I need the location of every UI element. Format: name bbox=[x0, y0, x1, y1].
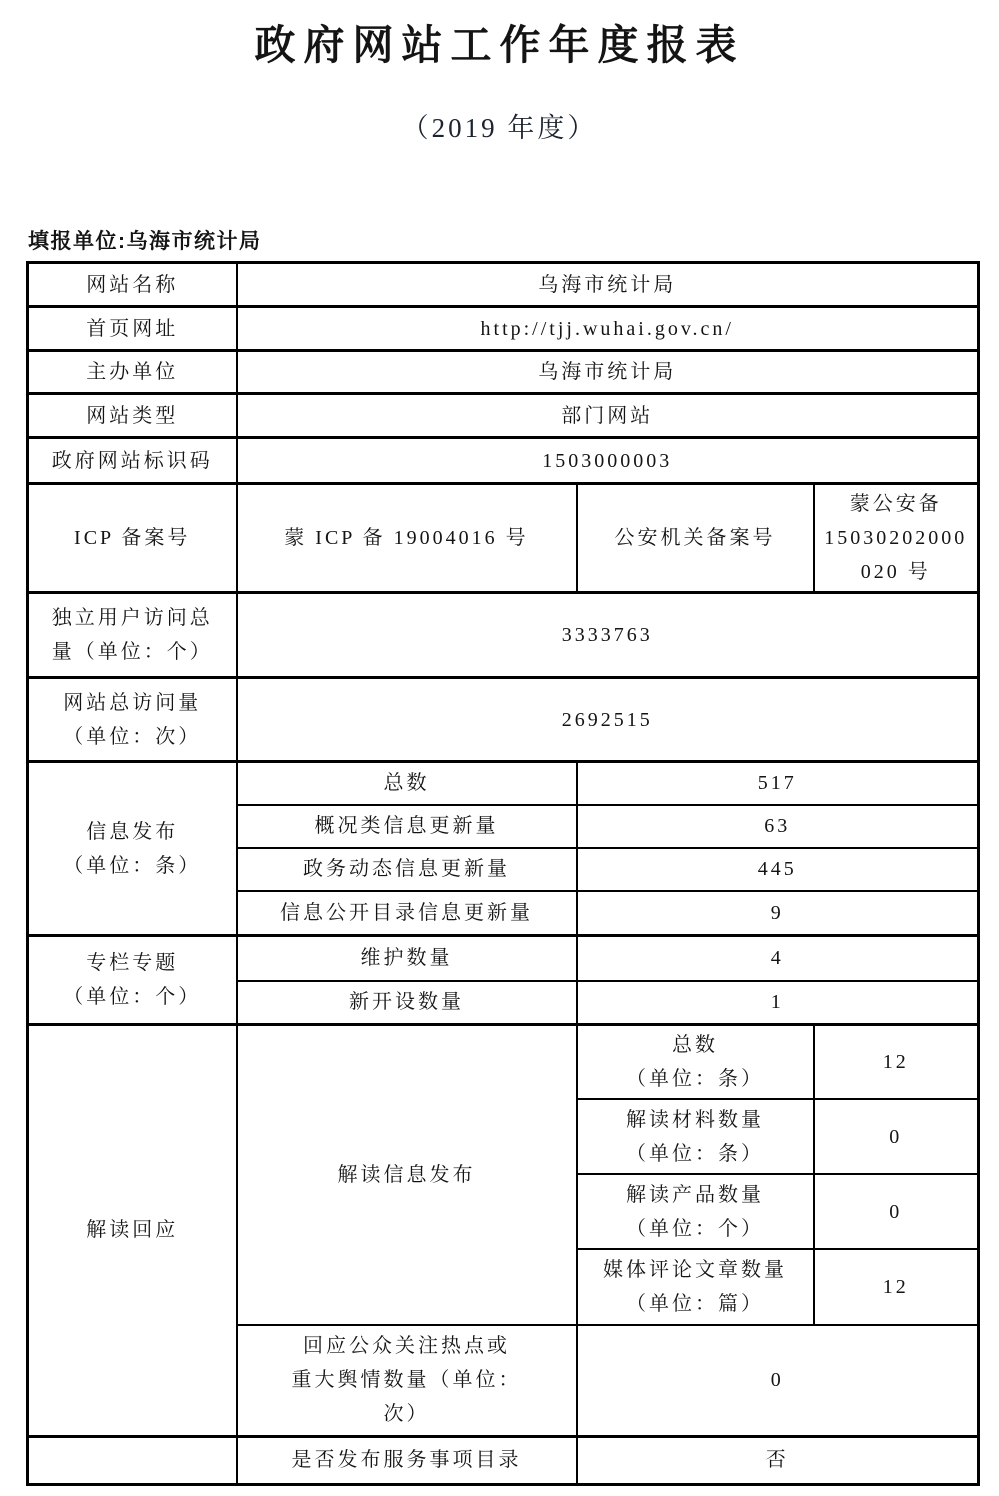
interpretation-materials-label: 解读材料数量 （单位：条） bbox=[577, 1099, 814, 1174]
interpretation-media-label: 媒体评论文章数量 （单位：篇） bbox=[577, 1249, 814, 1325]
document-year-subtitle: （2019 年度） bbox=[0, 106, 999, 145]
website-name-label: 网站名称 bbox=[28, 263, 237, 307]
columns-maintained-label: 维护数量 bbox=[237, 936, 577, 981]
special-columns-section-label: 专栏专题 （单位：个） bbox=[28, 936, 237, 1025]
info-publish-dynamic-label: 政务动态信息更新量 bbox=[237, 848, 577, 891]
total-visits-label: 网站总访问量 （单位：次） bbox=[28, 678, 237, 762]
columns-maintained-value: 4 bbox=[577, 936, 979, 981]
interpretation-products-value: 0 bbox=[814, 1174, 979, 1249]
row-website-type: 网站类型 部门网站 bbox=[28, 394, 979, 438]
row-homepage-url: 首页网址 http://tjj.wuhai.gov.cn/ bbox=[28, 307, 979, 351]
info-publish-overview-label: 概况类信息更新量 bbox=[237, 805, 577, 848]
info-publish-total-value: 517 bbox=[577, 762, 979, 805]
website-type-label: 网站类型 bbox=[28, 394, 237, 438]
info-publish-total-label: 总数 bbox=[237, 762, 577, 805]
row-columns-maintained: 专栏专题 （单位：个） 维护数量 4 bbox=[28, 936, 979, 981]
info-publish-catalog-label: 信息公开目录信息更新量 bbox=[237, 891, 577, 936]
service-catalog-value: 否 bbox=[577, 1436, 979, 1484]
row-host-unit: 主办单位 乌海市统计局 bbox=[28, 351, 979, 394]
interpretation-media-value: 12 bbox=[814, 1249, 979, 1325]
info-publish-overview-value: 63 bbox=[577, 805, 979, 848]
row-interpretation-total: 解读回应 解读信息发布 总数 （单位：条） 12 bbox=[28, 1025, 979, 1100]
website-type-value: 部门网站 bbox=[237, 394, 979, 438]
host-unit-label: 主办单位 bbox=[28, 351, 237, 394]
info-publish-section-label: 信息发布 （单位：条） bbox=[28, 762, 237, 936]
interpretation-total-label: 总数 （单位：条） bbox=[577, 1025, 814, 1100]
interpretation-section-label: 解读回应 bbox=[28, 1025, 237, 1437]
icp-filing-label: ICP 备案号 bbox=[28, 484, 237, 593]
info-publish-catalog-value: 9 bbox=[577, 891, 979, 936]
unique-visitors-label: 独立用户访问总 量（单位：个） bbox=[28, 593, 237, 678]
annual-report-table: 网站名称 乌海市统计局 首页网址 http://tjj.wuhai.gov.cn… bbox=[26, 261, 980, 1486]
interpretation-products-label: 解读产品数量 （单位：个） bbox=[577, 1174, 814, 1249]
info-publish-dynamic-value: 445 bbox=[577, 848, 979, 891]
hotspot-response-value: 0 bbox=[577, 1325, 979, 1436]
next-section-empty-cell bbox=[28, 1436, 237, 1484]
row-service-catalog: 是否发布服务事项目录 否 bbox=[28, 1436, 979, 1484]
interpretation-materials-value: 0 bbox=[814, 1099, 979, 1174]
columns-new-label: 新开设数量 bbox=[237, 981, 577, 1025]
security-filing-value: 蒙公安备 15030202000 020 号 bbox=[814, 484, 979, 593]
row-total-visits: 网站总访问量 （单位：次） 2692515 bbox=[28, 678, 979, 762]
unique-visitors-value: 3333763 bbox=[237, 593, 979, 678]
row-website-name: 网站名称 乌海市统计局 bbox=[28, 263, 979, 307]
total-visits-value: 2692515 bbox=[237, 678, 979, 762]
homepage-url-label: 首页网址 bbox=[28, 307, 237, 351]
icp-filing-value: 蒙 ICP 备 19004016 号 bbox=[237, 484, 577, 593]
interpretation-publish-label: 解读信息发布 bbox=[237, 1025, 577, 1326]
service-catalog-label: 是否发布服务事项目录 bbox=[237, 1436, 577, 1484]
row-icp-filing: ICP 备案号 蒙 ICP 备 19004016 号 公安机关备案号 蒙公安备 … bbox=[28, 484, 979, 593]
row-info-publish-total: 信息发布 （单位：条） 总数 517 bbox=[28, 762, 979, 805]
host-unit-value: 乌海市统计局 bbox=[237, 351, 979, 394]
hotspot-response-label: 回应公众关注热点或 重大舆情数量（单位： 次） bbox=[237, 1325, 577, 1436]
homepage-url-value: http://tjj.wuhai.gov.cn/ bbox=[237, 307, 979, 351]
row-unique-visitors: 独立用户访问总 量（单位：个） 3333763 bbox=[28, 593, 979, 678]
columns-new-value: 1 bbox=[577, 981, 979, 1025]
document-title: 政府网站工作年度报表 bbox=[0, 12, 999, 71]
site-id-code-value: 1503000003 bbox=[237, 438, 979, 484]
site-id-code-label: 政府网站标识码 bbox=[28, 438, 237, 484]
reporting-unit: 填报单位:乌海市统计局 bbox=[28, 225, 262, 255]
security-filing-label: 公安机关备案号 bbox=[577, 484, 814, 593]
website-name-value: 乌海市统计局 bbox=[237, 263, 979, 307]
interpretation-total-value: 12 bbox=[814, 1025, 979, 1100]
row-site-id-code: 政府网站标识码 1503000003 bbox=[28, 438, 979, 484]
report-page: 政府网站工作年度报表 （2019 年度） 填报单位:乌海市统计局 网站名称 乌海… bbox=[0, 0, 999, 1496]
